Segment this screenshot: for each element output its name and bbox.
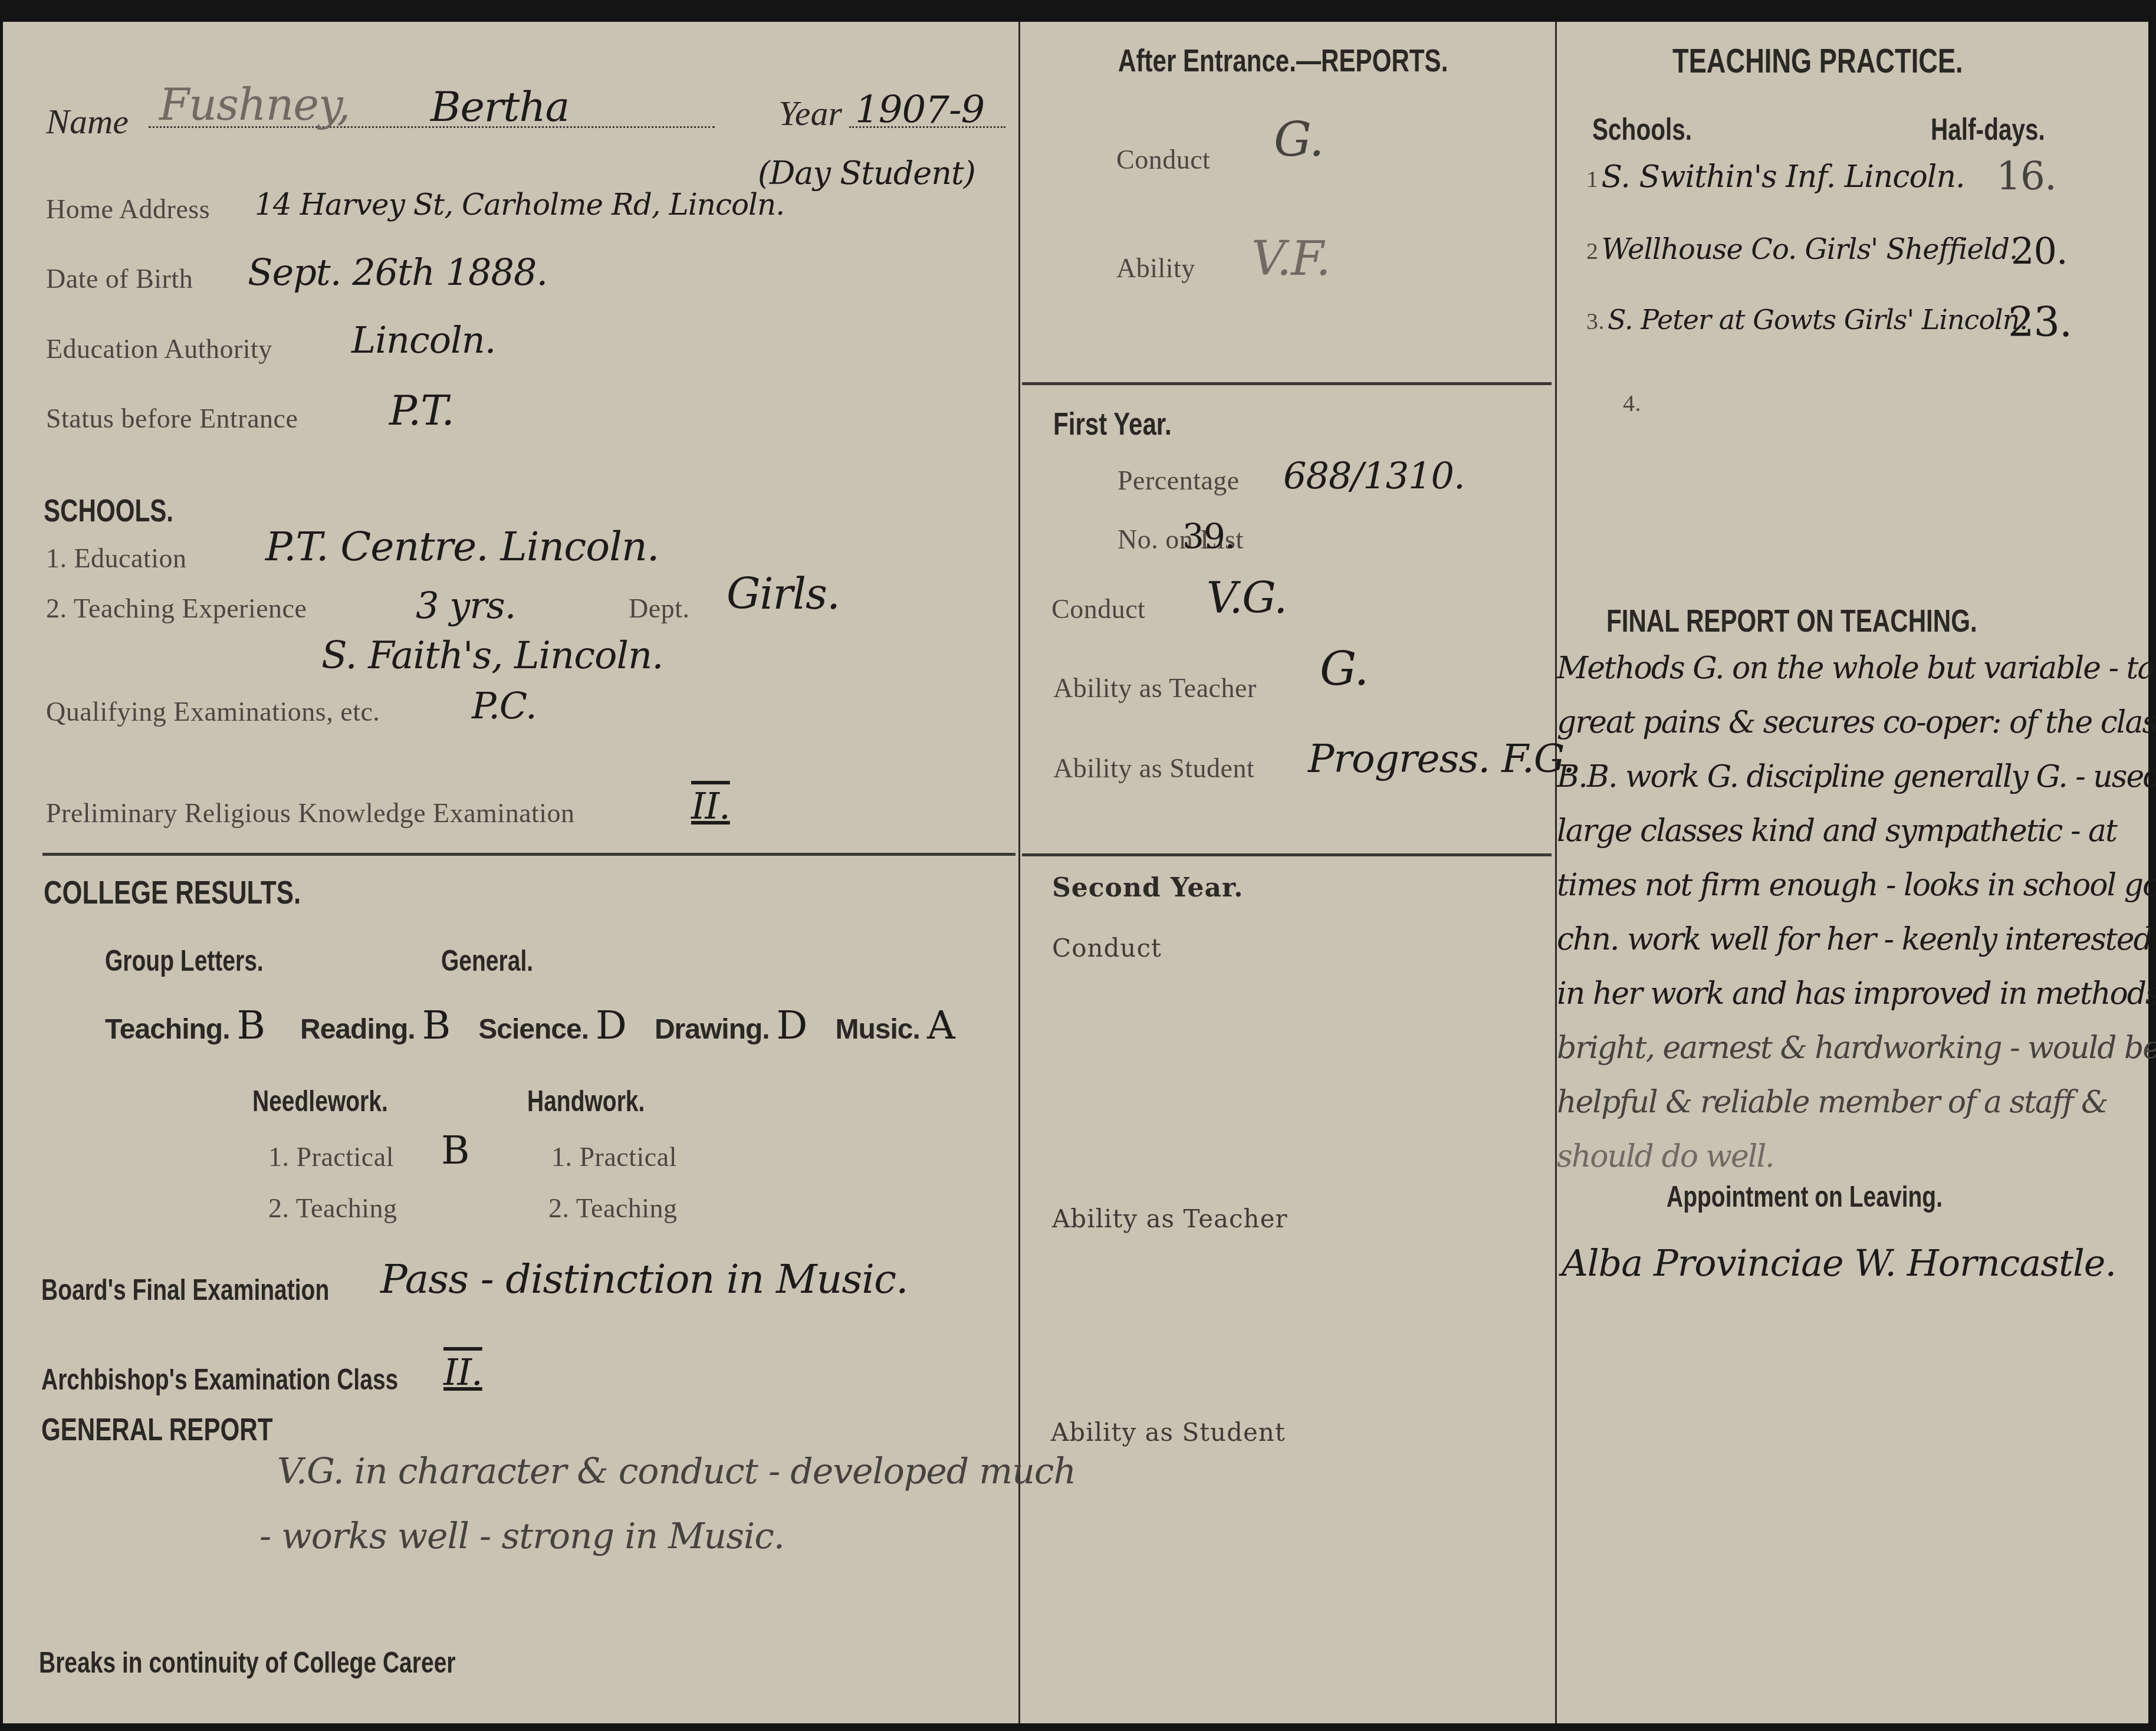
- home-address-label: Home Address: [46, 193, 210, 225]
- ability-teacher-label: Ability as Teacher: [1053, 672, 1257, 704]
- divider-mid-second-year: [1022, 853, 1552, 856]
- dept-label: Dept.: [629, 593, 689, 624]
- appointment-heading: Appointment on Leaving.: [1667, 1180, 1943, 1214]
- first-year-conduct-value: V.G.: [1207, 573, 1287, 623]
- second-year-ability-student-label: Ability as Student: [1051, 1418, 1286, 1447]
- after-entrance-conduct-value: G.: [1274, 112, 1323, 167]
- general-report-label: GENERAL REPORT: [41, 1411, 272, 1448]
- first-year-conduct-label: Conduct: [1051, 593, 1145, 625]
- qualifying-label: Qualifying Examinations, etc.: [46, 696, 380, 727]
- practice-entry-half-days: 23.: [2008, 298, 2072, 346]
- prelim-label: Preliminary Religious Knowledge Examinat…: [46, 797, 575, 829]
- dob-value: Sept. 26th 1888.: [248, 251, 547, 294]
- final-report-line: in her work and has improved in methods: [1557, 963, 2156, 1025]
- archbishop-label: Archbishop's Examination Class: [41, 1362, 398, 1397]
- breaks-label: Breaks in continuity of College Career: [39, 1645, 456, 1680]
- final-report-heading: FINAL REPORT ON TEACHING.: [1606, 603, 1977, 639]
- practice-entry-school: S. Peter at Gowts Girls' Lincoln.: [1608, 304, 2027, 336]
- subject-label-science: Science.: [478, 1013, 589, 1046]
- practice-entry: 2 Wellhouse Co. Girls' Sheffield. 20.: [1586, 233, 2129, 266]
- subject-label-music: Music.: [836, 1013, 920, 1046]
- second-year-conduct-label: Conduct: [1052, 934, 1162, 963]
- boards-final-value: Pass - distinction in Music.: [380, 1256, 908, 1303]
- practice-entry: 1 S. Swithin's Inf. Lincoln. 16.: [1586, 159, 2129, 195]
- year-label: Year: [778, 93, 842, 134]
- education-value: P.T. Centre. Lincoln.: [265, 524, 659, 570]
- appointment-value: Alba Provinciae W. Horncastle.: [1562, 1241, 2116, 1285]
- subject-label-drawing: Drawing.: [655, 1013, 770, 1046]
- second-year-ability-teacher-label: Ability as Teacher: [1052, 1204, 1288, 1233]
- final-report-line: B.B. work G. discipline generally G. - u…: [1557, 745, 2156, 808]
- final-report-text: Methods G. on the whole but variable - t…: [1557, 637, 2156, 1188]
- final-report-line: chn. work well for her - keenly interest…: [1557, 908, 2156, 971]
- practice-entry-school: S. Swithin's Inf. Lincoln.: [1602, 159, 1965, 195]
- percentage-value: 688/1310.: [1283, 454, 1465, 497]
- practice-entry-half-days: 20.: [2011, 229, 2068, 272]
- subject-grade-drawing: D: [777, 1003, 807, 1048]
- education-label: 1. Education: [46, 543, 187, 574]
- final-report-line: bright, earnest & hardworking - would be…: [1557, 1017, 2156, 1079]
- schools-column-label: Schools.: [1592, 112, 1692, 147]
- general-report-line: - works well - strong in Music.: [259, 1504, 1076, 1569]
- subject-grade-science: D: [596, 1003, 626, 1048]
- group-letters-label: Group Letters.: [105, 944, 264, 978]
- practice-entry: 3. S. Peter at Gowts Girls' Lincoln. 23.: [1586, 304, 2141, 336]
- practice-entry-half-days: 16.: [1996, 153, 2056, 199]
- final-report-line: great pains & secures co-oper: of the cl…: [1557, 691, 2156, 754]
- home-address-value: 14 Harvey St, Carholme Rd, Lincoln.: [255, 188, 784, 222]
- teaching-school-value: S. Faith's, Lincoln.: [321, 634, 663, 678]
- ability-student-value: Progress. F.G.: [1308, 736, 1575, 781]
- college-results-heading: COLLEGE RESULTS.: [44, 873, 301, 911]
- first-year-heading: First Year.: [1053, 406, 1172, 442]
- teaching-exp-label: 2. Teaching Experience: [46, 593, 307, 624]
- needlework-teaching-label: 2. Teaching: [268, 1193, 397, 1224]
- subject-grade-reading: B: [422, 1003, 451, 1048]
- student-type-value: (Day Student): [758, 155, 975, 192]
- final-report-line: should do well.: [1557, 1125, 2156, 1188]
- subject-grade-teaching: B: [236, 1003, 265, 1048]
- dept-value: Girls.: [727, 569, 840, 619]
- boards-final-label: Board's Final Examination: [41, 1273, 329, 1307]
- no-on-list-value: 39.: [1182, 516, 1235, 556]
- practice-entry-number: 4.: [1623, 389, 1641, 417]
- final-report-line: times not firm enough - looks in school …: [1557, 854, 2156, 917]
- edu-authority-label: Education Authority: [46, 333, 272, 364]
- subject-label-reading: Reading.: [300, 1013, 415, 1046]
- final-report-line: helpful & reliable member of a staff &: [1557, 1071, 2156, 1134]
- needlework-practical-label: 1. Practical: [268, 1141, 394, 1172]
- dob-label: Date of Birth: [46, 263, 193, 294]
- handwork-practical-label: 1. Practical: [551, 1141, 677, 1172]
- practice-entry-number: 2: [1586, 238, 1599, 264]
- handwork-label: Handwork.: [527, 1084, 645, 1118]
- subject-label-teaching: Teaching.: [105, 1013, 229, 1046]
- after-entrance-ability-label: Ability: [1116, 252, 1195, 284]
- subject-grade-music: A: [927, 1003, 955, 1048]
- percentage-label: Percentage: [1118, 465, 1240, 496]
- teaching-practice-heading: TEACHING PRACTICE.: [1672, 41, 1963, 81]
- surname-value: Fushney,: [159, 80, 350, 130]
- final-report-line: large classes kind and sympathetic - at: [1557, 800, 2156, 862]
- status-value: P.T.: [389, 386, 454, 435]
- general-report-value: V.G. in character & conduct - developed …: [259, 1439, 1076, 1569]
- name-label: Name: [46, 101, 129, 142]
- status-label: Status before Entrance: [46, 403, 298, 434]
- practice-entry-number: 3.: [1586, 308, 1605, 334]
- second-year-heading: Second Year.: [1052, 873, 1244, 903]
- forename-value: Bertha: [430, 83, 569, 131]
- final-report-line: Methods G. on the whole but variable - t…: [1557, 637, 2156, 699]
- half-days-column-label: Half-days.: [1931, 112, 2045, 147]
- subject-grades-row: Teaching. B Reading. B Science. D Drawin…: [105, 1003, 955, 1048]
- edu-authority-value: Lincoln.: [351, 318, 495, 362]
- divider-mid-first-year: [1022, 382, 1552, 385]
- schools-heading: SCHOOLS.: [44, 492, 173, 529]
- year-value: 1907-9: [855, 88, 984, 132]
- general-report-line: V.G. in character & conduct - developed …: [259, 1439, 1076, 1504]
- teaching-exp-value: 3 yrs.: [416, 584, 515, 627]
- divider-left-college: [42, 853, 1015, 856]
- handwork-teaching-label: 2. Teaching: [548, 1193, 678, 1224]
- prelim-value: II.: [691, 784, 730, 827]
- practice-entry-number: 1: [1586, 166, 1599, 192]
- practice-entry-school: Wellhouse Co. Girls' Sheffield.: [1602, 233, 2018, 266]
- ability-teacher-value: G.: [1320, 643, 1368, 696]
- needlework-label: Needlework.: [252, 1084, 388, 1118]
- archbishop-value: II.: [443, 1351, 482, 1394]
- qualifying-value: P.C.: [472, 684, 537, 727]
- ability-student-label: Ability as Student: [1053, 753, 1254, 784]
- after-entrance-conduct-label: Conduct: [1116, 144, 1210, 175]
- needlework-practical-grade: B: [441, 1128, 469, 1173]
- general-label: General.: [441, 944, 533, 978]
- after-entrance-heading: After Entrance.—REPORTS.: [1118, 42, 1448, 79]
- after-entrance-ability-value: V.F.: [1251, 231, 1330, 286]
